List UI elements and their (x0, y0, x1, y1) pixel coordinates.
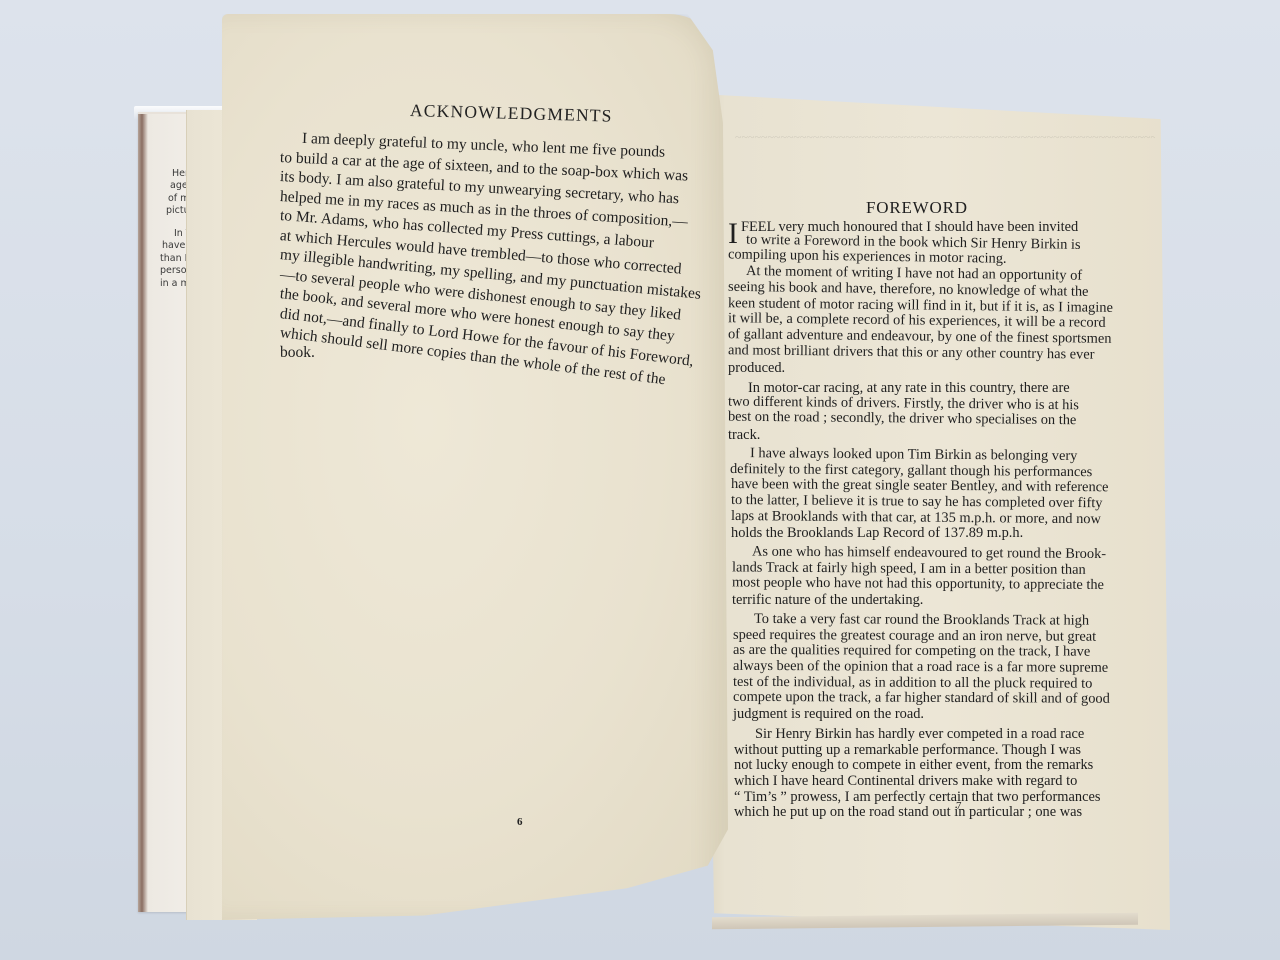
acknowledgments-body: I am deeply grateful to my uncle, who le… (280, 128, 700, 362)
foreword-line: without putting up a remarkable performa… (728, 743, 1188, 759)
page-number-left: 6 (517, 816, 523, 828)
foreword-line: holds the Brooklands Lap Record of 137.8… (728, 526, 1188, 542)
foreword-line: compete upon the track, a far higher sta… (728, 690, 1188, 708)
foreword-body: IFEEL very much honoured that I should h… (728, 220, 1188, 821)
foreword-line: track. (728, 428, 1188, 444)
foreword-line: terrific nature of the undertaking. (728, 593, 1188, 609)
show-through-text: ~~~~~~~~~~~~~~~~~~~~~~~~~~~~~~~~~~~~~~~~… (735, 130, 1155, 200)
page-number-right: 7 (956, 800, 962, 812)
foreword-line: not lucky enough to compete in either ev… (728, 758, 1188, 774)
foreword-line: Sir Henry Birkin has hardly ever compete… (728, 727, 1188, 743)
foreword-line: which I have heard Continental drivers m… (728, 774, 1188, 790)
book-photo: The Mor Henry Birk ageously, t of motor-… (0, 0, 1280, 960)
foreword-line: judgment is required on the road. (728, 707, 1188, 723)
foreword-heading: FOREWORD (866, 198, 968, 218)
